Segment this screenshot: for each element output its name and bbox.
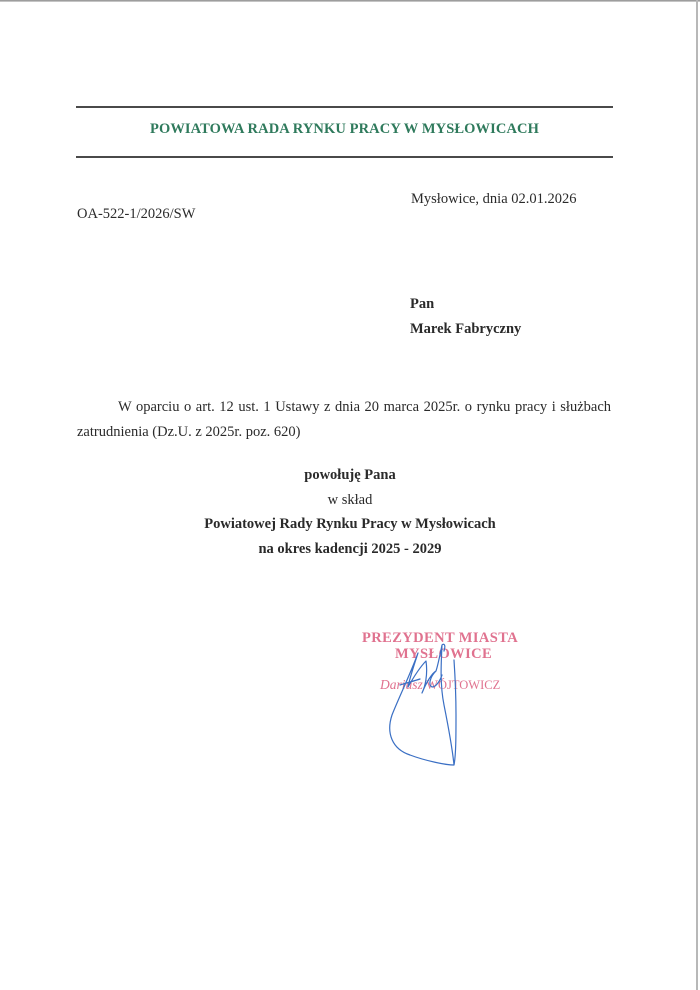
decision-line-council: Powiatowej Rady Rynku Pracy w Mysłowicac…: [100, 516, 600, 533]
header-rule-bottom: [76, 156, 613, 158]
reference-number: OA-522-1/2026/SW: [77, 206, 195, 223]
decision-line-appoint: powołuję Pana: [100, 467, 600, 484]
scan-edge-right: [696, 0, 698, 990]
legal-basis-paragraph: W oparciu o art. 12 ust. 1 Ustawy z dnia…: [77, 395, 611, 445]
handwritten-signature-icon: [370, 615, 500, 775]
organization-title: POWIATOWA RADA RYNKU PRACY W MYSŁOWICACH: [76, 121, 613, 138]
recipient-salutation: Pan: [410, 296, 434, 313]
scan-edge-top: [0, 0, 700, 2]
recipient-name: Marek Fabryczny: [410, 321, 521, 338]
decision-line-term: na okres kadencji 2025 - 2029: [100, 541, 600, 558]
decision-line-membership: w skład: [100, 492, 600, 509]
header-rule-top: [76, 106, 613, 108]
place-and-date: Mysłowice, dnia 02.01.2026: [411, 191, 577, 208]
